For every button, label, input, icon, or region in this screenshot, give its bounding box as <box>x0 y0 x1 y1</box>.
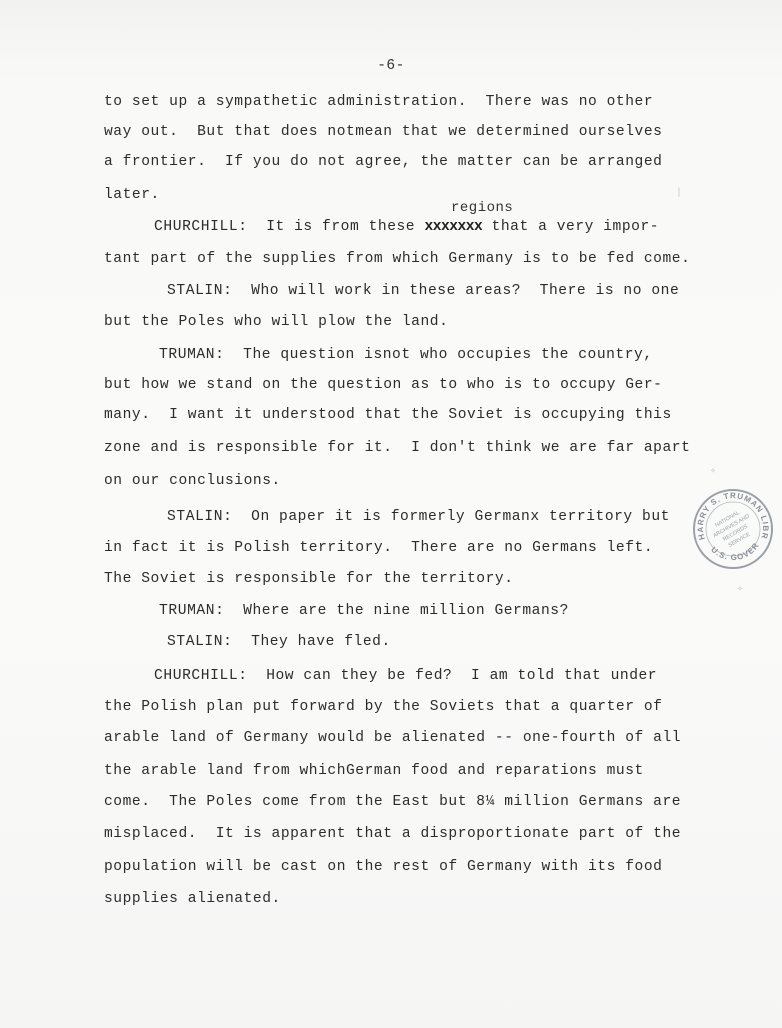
line-text: but the Poles who will plow the land. <box>104 314 448 330</box>
text-line: come. The Poles come from the East but 8… <box>104 793 681 811</box>
speaker-label: TRUMAN: <box>159 603 225 619</box>
text-line: to set up a sympathetic administration. … <box>104 93 653 111</box>
text-line: many. I want it understood that the Sovi… <box>104 406 672 424</box>
archive-stamp: HARRY S. TRUMAN LIBRARY U.S. GOVERNMENT … <box>691 487 775 571</box>
text-line: the Polish plan put forward by the Sovie… <box>104 698 662 716</box>
pencil-tick: | <box>676 188 682 199</box>
dialogue-line: CHURCHILL: How can they be fed? I am tol… <box>154 667 657 685</box>
line-text: The question isnot who occupies the coun… <box>225 347 653 363</box>
text-line: on our conclusions. <box>104 472 281 490</box>
line-text: come. The Poles come from the East but 8… <box>104 794 681 810</box>
line-text: many. I want it understood that the Sovi… <box>104 407 672 423</box>
line-text: on our conclusions. <box>104 473 281 489</box>
line-text: Where are the nine million Germans? <box>225 603 569 619</box>
line-text: The Soviet is responsible for the territ… <box>104 571 514 587</box>
line-text: arable land of Germany would be alienate… <box>104 730 681 746</box>
line-text: way out. But that does notmean that we d… <box>104 124 662 140</box>
text-line: but how we stand on the question as to w… <box>104 376 662 394</box>
dialogue-line: STALIN: Who will work in these areas? Th… <box>167 282 679 300</box>
text-line: misplaced. It is apparent that a disprop… <box>104 825 681 843</box>
dialogue-line: STALIN: On paper it is formerly Germanx … <box>167 508 670 526</box>
text-line: a frontier. If you do not agree, the mat… <box>104 153 662 171</box>
dialogue-line: STALIN: They have fled. <box>167 633 391 651</box>
text-line: tant part of the supplies from which Ger… <box>104 250 690 268</box>
speaker-label: STALIN: <box>167 634 233 650</box>
line-text: but how we stand on the question as to w… <box>104 377 662 393</box>
speaker-label: STALIN: <box>167 509 233 525</box>
line-text: It is from these <box>248 219 425 235</box>
speaker-label: TRUMAN: <box>159 347 225 363</box>
line-text: that a very impor- <box>482 219 659 235</box>
text-line: population will be cast on the rest of G… <box>104 858 662 876</box>
document-page: -6- regions to set up a sympathetic admi… <box>0 0 782 1028</box>
line-text: Who will work in these areas? There is n… <box>233 283 680 299</box>
line-text: the Polish plan put forward by the Sovie… <box>104 699 662 715</box>
line-text: later. <box>104 187 160 203</box>
line-text: On paper it is formerly Germanx territor… <box>233 509 670 525</box>
smudge-mark: ✧ <box>710 465 716 477</box>
line-text: misplaced. It is apparent that a disprop… <box>104 826 681 842</box>
text-line: zone and is responsible for it. I don't … <box>104 439 690 457</box>
text-line: the arable land from whichGerman food an… <box>104 762 644 780</box>
line-text: How can they be fed? I am told that unde… <box>248 668 658 684</box>
speaker-label: STALIN: <box>167 283 233 299</box>
smudge-mark: ✧ <box>737 583 743 595</box>
dialogue-line: CHURCHILL: It is from these xxxxxxx that… <box>154 218 659 236</box>
text-line: arable land of Germany would be alienate… <box>104 729 681 747</box>
page-number: -6- <box>0 58 782 74</box>
speaker-label: CHURCHILL: <box>154 668 248 684</box>
text-line: but the Poles who will plow the land. <box>104 313 448 331</box>
dialogue-line: TRUMAN: The question isnot who occupies … <box>159 346 653 364</box>
line-text: the arable land from whichGerman food an… <box>104 763 644 779</box>
line-text: zone and is responsible for it. I don't … <box>104 440 690 456</box>
line-text: to set up a sympathetic administration. … <box>104 94 653 110</box>
line-text: tant part of the supplies from which Ger… <box>104 251 690 267</box>
speaker-label: CHURCHILL: <box>154 219 248 235</box>
text-line: in fact it is Polish territory. There ar… <box>104 539 653 557</box>
struck-out-word: xxxxxxx <box>424 219 482 235</box>
line-text: a frontier. If you do not agree, the mat… <box>104 154 662 170</box>
line-text: population will be cast on the rest of G… <box>104 859 662 875</box>
line-text: in fact it is Polish territory. There ar… <box>104 540 653 556</box>
line-text: They have fled. <box>233 634 391 650</box>
dialogue-line: TRUMAN: Where are the nine million Germa… <box>159 602 569 620</box>
text-line: way out. But that does notmean that we d… <box>104 123 662 141</box>
text-line: supplies alienated. <box>104 890 281 908</box>
interlinear-insert: regions <box>451 200 513 216</box>
text-line: The Soviet is responsible for the territ… <box>104 570 514 588</box>
text-line: later. <box>104 186 160 204</box>
line-text: supplies alienated. <box>104 891 281 907</box>
